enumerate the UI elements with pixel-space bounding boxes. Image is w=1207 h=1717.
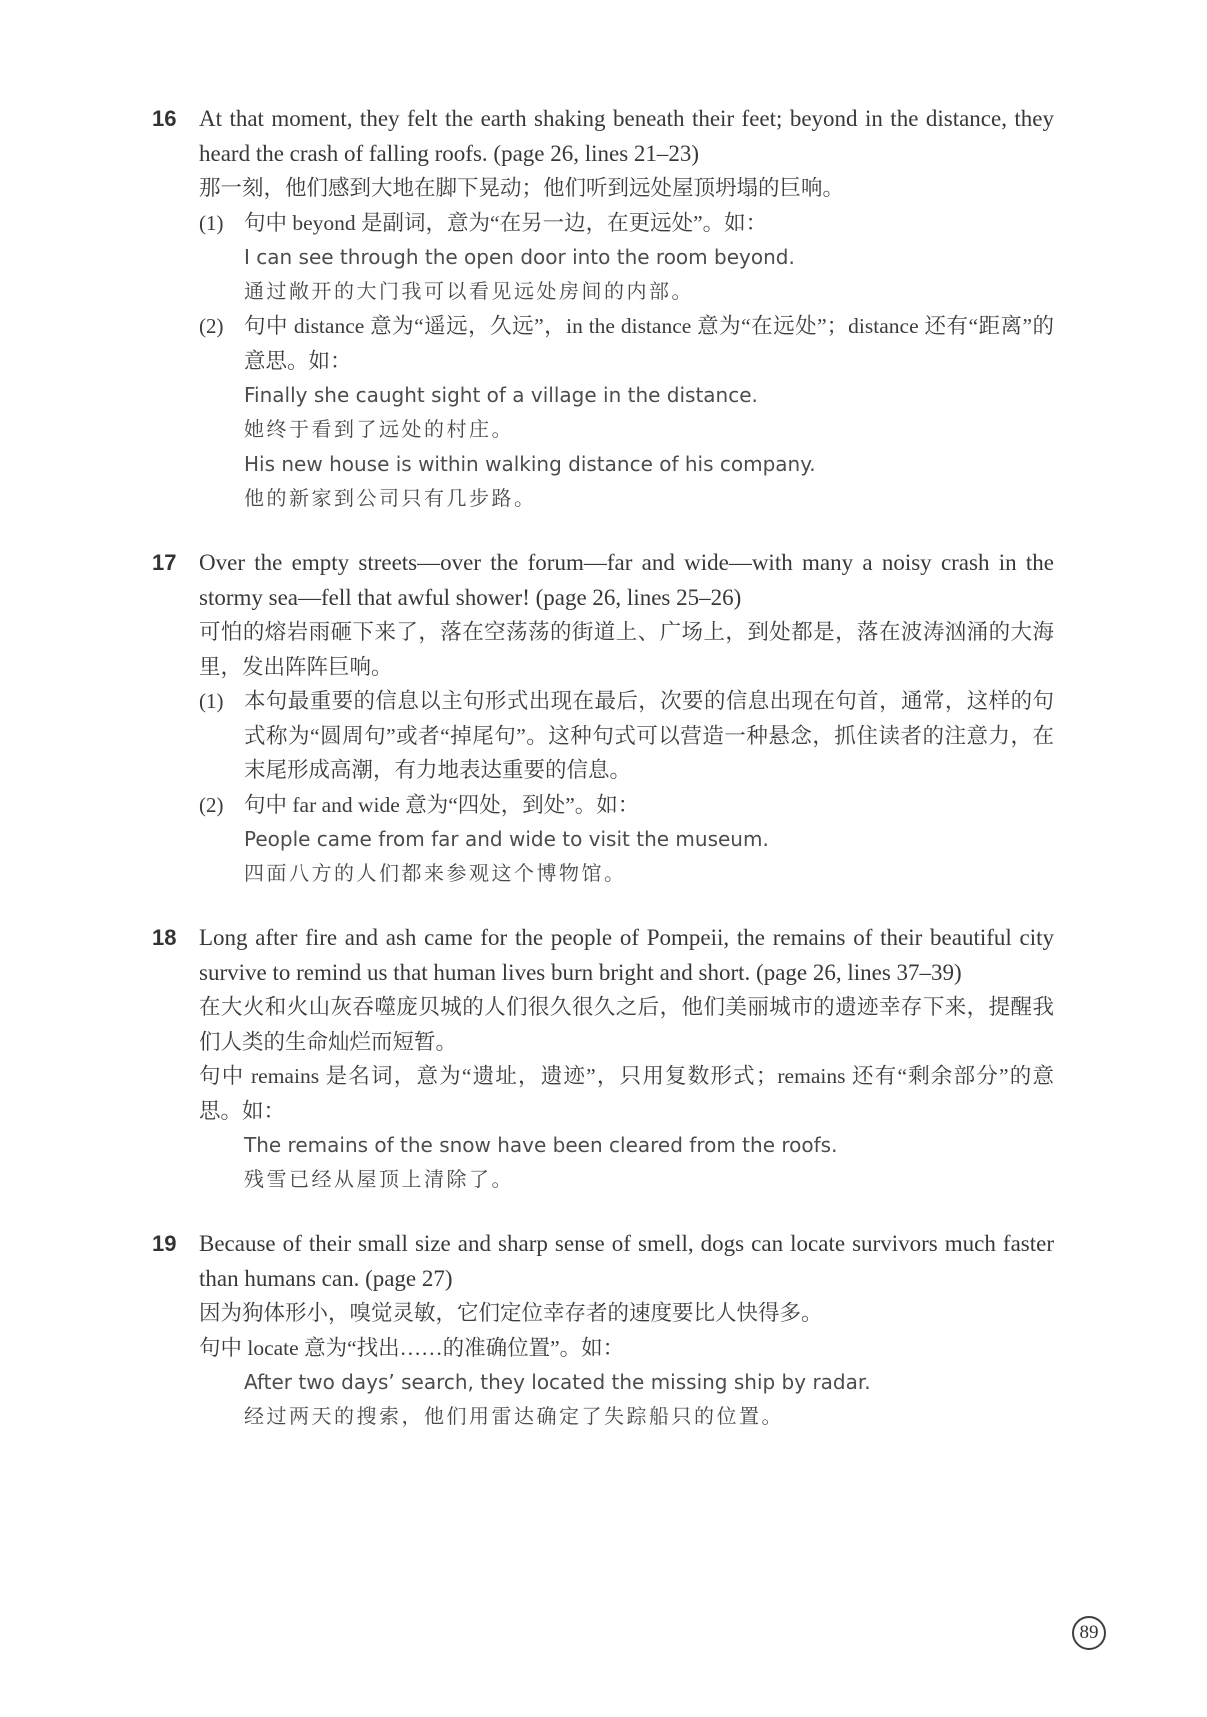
example-translation: 通过敞开的大门我可以看见远处房间的内部。 [244, 275, 1054, 310]
page-number-badge: 89 [1072, 1616, 1106, 1650]
note: (2) 句中 far and wide 意为“四处，到处”。如： People … [199, 788, 1054, 892]
example-english: The remains of the snow have been cleare… [244, 1128, 1054, 1163]
note-body: 句中 remains 是名词，意为“遗址，遗迹”，只用复数形式；remains … [199, 1059, 1054, 1197]
page-number: 89 [1080, 1622, 1099, 1644]
sentence-english: Over the empty streets—over the forum—fa… [199, 546, 1054, 615]
note: 句中 remains 是名词，意为“遗址，遗迹”，只用复数形式；remains … [199, 1059, 1054, 1197]
item-body: Because of their small size and sharp se… [199, 1227, 1054, 1434]
note: (1) 本句最重要的信息以主句形式出现在最后，次要的信息出现在句首，通常，这样的… [199, 684, 1054, 788]
examples: I can see through the open door into the… [244, 240, 1054, 309]
list-item: 17 Over the empty streets—over the forum… [152, 546, 1054, 891]
item-number: 16 [152, 102, 199, 516]
sentence-translation: 因为狗体形小，嗅觉灵敏，它们定位幸存者的速度要比人快得多。 [199, 1296, 1054, 1331]
example-english: People came from far and wide to visit t… [244, 822, 1054, 857]
item-body: Long after fire and ash came for the peo… [199, 921, 1054, 1197]
note-body: 本句最重要的信息以主句形式出现在最后，次要的信息出现在句首，通常，这样的句式称为… [244, 684, 1054, 788]
note-body: 句中 locate 意为“找出……的准确位置”。如： After two day… [199, 1331, 1054, 1435]
note-marker: (2) [199, 788, 244, 892]
note-marker: (1) [199, 684, 244, 788]
note-text: 本句最重要的信息以主句形式出现在最后，次要的信息出现在句首，通常，这样的句式称为… [244, 684, 1054, 788]
note-text: 句中 locate 意为“找出……的准确位置”。如： [199, 1331, 1054, 1366]
list-item: 18 Long after fire and ash came for the … [152, 921, 1054, 1197]
sentence-english: Because of their small size and sharp se… [199, 1227, 1054, 1296]
note-text: 句中 far and wide 意为“四处，到处”。如： [244, 788, 1054, 823]
note-body: 句中 far and wide 意为“四处，到处”。如： People came… [244, 788, 1054, 892]
document-page: 16 At that moment, they felt the earth s… [0, 0, 1207, 1717]
examples: Finally she caught sight of a village in… [244, 378, 1054, 516]
page-content: 16 At that moment, they felt the earth s… [152, 102, 1054, 1464]
example-translation: 经过两天的搜索，他们用雷达确定了失踪船只的位置。 [244, 1400, 1054, 1435]
item-body: Over the empty streets—over the forum—fa… [199, 546, 1054, 891]
note-text: 句中 beyond 是副词，意为“在另一边，在更远处”。如： [244, 206, 1054, 241]
item-body: At that moment, they felt the earth shak… [199, 102, 1054, 516]
list-item: 19 Because of their small size and sharp… [152, 1227, 1054, 1434]
note-marker: (1) [199, 206, 244, 310]
examples: The remains of the snow have been cleare… [199, 1128, 1054, 1197]
note-marker: (2) [199, 309, 244, 516]
example-translation: 四面八方的人们都来参观这个博物馆。 [244, 857, 1054, 892]
item-number: 17 [152, 546, 199, 891]
note-text: 句中 remains 是名词，意为“遗址，遗迹”，只用复数形式；remains … [199, 1059, 1054, 1128]
note: (1) 句中 beyond 是副词，意为“在另一边，在更远处”。如： I can… [199, 206, 1054, 310]
sentence-translation: 那一刻，他们感到大地在脚下晃动；他们听到远处屋顶坍塌的巨响。 [199, 171, 1054, 206]
item-number: 18 [152, 921, 199, 1197]
example-translation: 残雪已经从屋顶上清除了。 [244, 1163, 1054, 1198]
item-number: 19 [152, 1227, 199, 1434]
example-english: Finally she caught sight of a village in… [244, 378, 1054, 413]
example-english: After two days’ search, they located the… [244, 1365, 1054, 1400]
note-body: 句中 distance 意为“遥远，久远”，in the distance 意为… [244, 309, 1054, 516]
example-english: His new house is within walking distance… [244, 447, 1054, 482]
sentence-translation: 在大火和火山灰吞噬庞贝城的人们很久很久之后，他们美丽城市的遗迹幸存下来，提醒我们… [199, 990, 1054, 1059]
example-english: I can see through the open door into the… [244, 240, 1054, 275]
sentence-english: At that moment, they felt the earth shak… [199, 102, 1054, 171]
note: (2) 句中 distance 意为“遥远，久远”，in the distanc… [199, 309, 1054, 516]
example-translation: 他的新家到公司只有几步路。 [244, 482, 1054, 517]
note-body: 句中 beyond 是副词，意为“在另一边，在更远处”。如： I can see… [244, 206, 1054, 310]
sentence-translation: 可怕的熔岩雨砸下来了，落在空荡荡的街道上、广场上，到处都是，落在波涛汹涌的大海里… [199, 615, 1054, 684]
sentence-english: Long after fire and ash came for the peo… [199, 921, 1054, 990]
list-item: 16 At that moment, they felt the earth s… [152, 102, 1054, 516]
example-translation: 她终于看到了远处的村庄。 [244, 413, 1054, 448]
examples: People came from far and wide to visit t… [244, 822, 1054, 891]
note-text: 句中 distance 意为“遥远，久远”，in the distance 意为… [244, 309, 1054, 378]
examples: After two days’ search, they located the… [199, 1365, 1054, 1434]
note: 句中 locate 意为“找出……的准确位置”。如： After two day… [199, 1331, 1054, 1435]
